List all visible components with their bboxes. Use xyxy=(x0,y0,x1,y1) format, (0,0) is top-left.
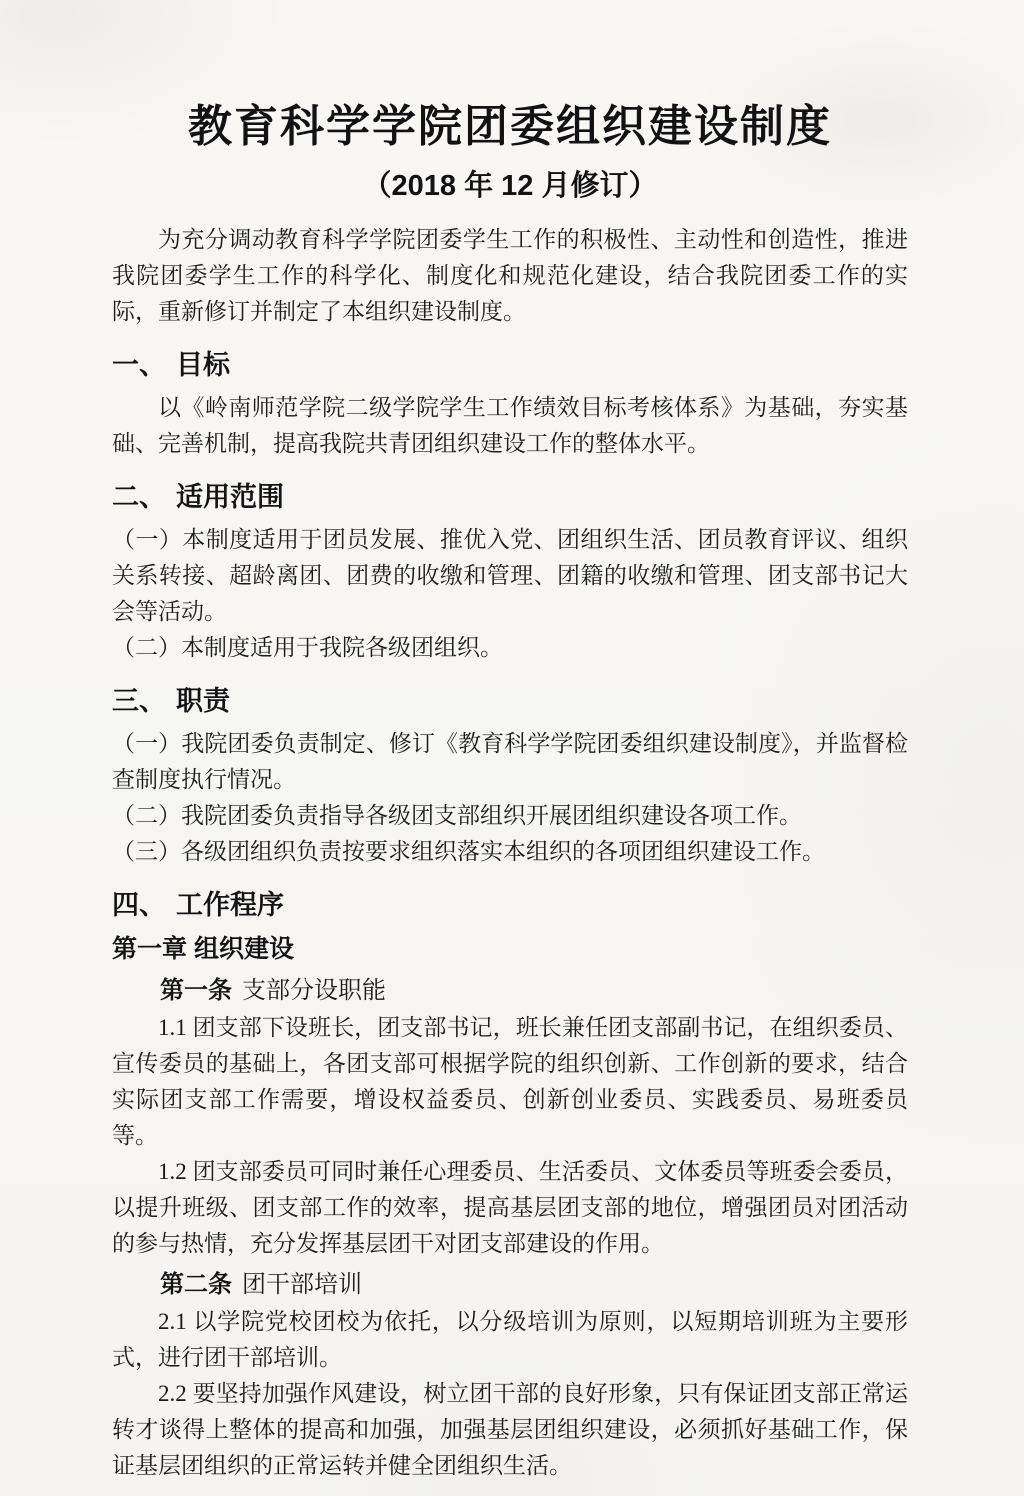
article-1-heading: 第一条支部分设职能 xyxy=(112,972,908,1010)
intro-paragraph: 为充分调动教育科学学院团委学生工作的积极性、主动性和创造性，推进我院团委学生工作… xyxy=(112,222,908,330)
article-title: 团干部培训 xyxy=(242,1272,362,1298)
document-subtitle: （2018 年 12 月修订） xyxy=(112,166,908,206)
section-number: 三、 xyxy=(112,682,176,720)
section-title: 目标 xyxy=(176,350,230,380)
article-2-paragraph-1: 2.1 以学院党校团校为依托，以分级培训为原则，以短期培训班为主要形式，进行团干… xyxy=(112,1304,908,1376)
section-title: 职责 xyxy=(176,686,230,716)
duty-item-3: （三）各级团组织负责按要求组织落实本组织的各项团组织建设工作。 xyxy=(112,834,908,870)
article-number: 第一条 xyxy=(160,977,232,1004)
chapter-heading: 第一章 组织建设 xyxy=(112,930,908,968)
document-content: 教育科学学院团委组织建设制度 （2018 年 12 月修订） 为充分调动教育科学… xyxy=(0,0,1024,1484)
scope-item-2: （二）本制度适用于我院各级团组织。 xyxy=(112,630,908,666)
duty-item-2: （二）我院团委负责指导各级团支部组织开展团组织建设各项工作。 xyxy=(112,798,908,834)
article-2-paragraph-2: 2.2 要坚持加强作风建设，树立团干部的良好形象，只有保证团支部正常运转才谈得上… xyxy=(112,1376,908,1484)
scope-item-1: （一）本制度适用于团员发展、推优入党、团组织生活、团员教育评议、组织关系转接、超… xyxy=(112,522,908,630)
document-page: 教育科学学院团委组织建设制度 （2018 年 12 月修订） 为充分调动教育科学… xyxy=(0,0,1024,1496)
section-number: 四、 xyxy=(112,886,176,924)
article-number: 第二条 xyxy=(160,1271,232,1298)
document-title: 教育科学学院团委组织建设制度 xyxy=(112,100,908,154)
section-title: 工作程序 xyxy=(176,890,284,920)
section-heading-scope: 二、适用范围 xyxy=(112,478,908,516)
section-heading-goal: 一、目标 xyxy=(112,346,908,384)
section-heading-procedure: 四、工作程序 xyxy=(112,886,908,924)
duty-item-1: （一）我院团委负责制定、修订《教育科学学院团委组织建设制度》，并监督检查制度执行… xyxy=(112,726,908,798)
chapter-number: 第一章 xyxy=(112,935,187,963)
section-number: 一、 xyxy=(112,346,176,384)
article-1-paragraph-1: 1.1 团支部下设班长，团支部书记，班长兼任团支部副书记，在组织委员、宣传委员的… xyxy=(112,1010,908,1154)
section-heading-duty: 三、职责 xyxy=(112,682,908,720)
section-number: 二、 xyxy=(112,478,176,516)
article-title: 支部分设职能 xyxy=(242,978,386,1004)
chapter-title: 组织建设 xyxy=(194,935,294,963)
section-title: 适用范围 xyxy=(176,482,284,512)
section-goal-paragraph: 以《岭南师范学院二级学院学生工作绩效目标考核体系》为基础，夯实基础、完善机制，提… xyxy=(112,390,908,462)
article-2-heading: 第二条团干部培训 xyxy=(112,1266,908,1304)
article-1-paragraph-2: 1.2 团支部委员可同时兼任心理委员、生活委员、文体委员等班委会委员，以提升班级… xyxy=(112,1154,908,1262)
